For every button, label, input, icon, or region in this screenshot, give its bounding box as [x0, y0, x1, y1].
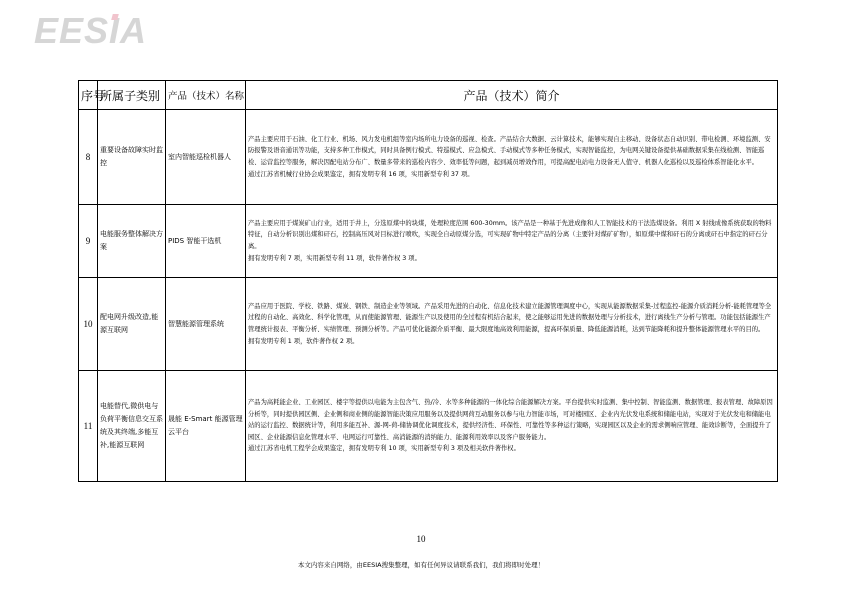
row-product-name: PIDS 智能干选机 [166, 205, 246, 278]
table-row: 8 重要设备故障实时监控 室内智能巡检机器人 产品主要应用于石油、化工行业、机场… [79, 110, 778, 205]
row-product-name: 室内智能巡检机器人 [166, 110, 246, 205]
header-product-intro: 产品（技术）简介 [246, 81, 778, 110]
header-product-name: 产品（技术）名称 [166, 81, 246, 110]
description-credentials: 通过江苏省机械行业协会成果鉴定，拥有发明专利 16 项，实用新型专利 37 项。 [248, 169, 775, 181]
header-serial: 序号 [79, 81, 98, 110]
row-serial: 11 [79, 371, 98, 482]
footer-disclaimer: 本文内容来自网络，由EESIA搜集整理，如有任何异议请联系我们，我们将即时处理！ [0, 560, 842, 569]
row-serial: 9 [79, 205, 98, 278]
description-paragraph: 产品主要应用于石油、化工行业、机场、风力发电机组等室内场所电力设备的巡视、检查。… [248, 134, 775, 169]
row-description: 产品主要应用于石油、化工行业、机场、风力发电机组等室内场所电力设备的巡视、检查。… [246, 110, 778, 205]
row-category: 重要设备故障实时监控 [98, 110, 166, 205]
row-serial: 8 [79, 110, 98, 205]
table-row: 10 配电网升级改造,能源互联网 智慧能源管理系统 产品应用于医院、学校、铁路、… [79, 278, 778, 371]
table-row: 9 电能服务整体解决方案 PIDS 智能干选机 产品主要应用于煤炭矿山行业，适用… [79, 205, 778, 278]
row-category: 电能替代,微供电与负荷平衡信息交互系统及其终端,多能互补,能源互联网 [98, 371, 166, 482]
description-credentials: 拥有发明专利 7 项，实用新型专利 11 项，软件著作权 3 项。 [248, 253, 775, 265]
row-category: 配电网升级改造,能源互联网 [98, 278, 166, 371]
table-row: 11 电能替代,微供电与负荷平衡信息交互系统及其终端,多能互补,能源互联网 晟能… [79, 371, 778, 482]
eesia-watermark-logo: EESIA [34, 10, 147, 52]
row-serial: 10 [79, 278, 98, 371]
page-number: 10 [0, 534, 842, 544]
description-paragraph: 产品应用于医院、学校、铁路、煤炭、钢铁、制造企业等领域。产品采用先进的自动化、信… [248, 301, 775, 336]
row-description: 产品应用于医院、学校、铁路、煤炭、钢铁、制造企业等领域。产品采用先进的自动化、信… [246, 278, 778, 371]
row-description: 产品为高耗能企业、工业园区、楼宇等提供以电能为主包含气、热/冷、水等多种能源的一… [246, 371, 778, 482]
row-description: 产品主要应用于煤炭矿山行业，适用于井上，分选原煤中的块煤，处理粒度范围 600-… [246, 205, 778, 278]
header-category: 所属子类别 [98, 81, 166, 110]
description-paragraph: 产品为高耗能企业、工业园区、楼宇等提供以电能为主包含气、热/冷、水等多种能源的一… [248, 397, 775, 443]
description-credentials: 拥有发明专利 1 项，软件著作权 2 项。 [248, 336, 775, 348]
description-credentials: 通过江苏省电机工程学会成果鉴定，拥有发明专利 10 项，实用新型专利 3 项及相… [248, 443, 775, 455]
row-product-name: 智慧能源管理系统 [166, 278, 246, 371]
product-table: 序号 所属子类别 产品（技术）名称 产品（技术）简介 8 重要设备故障实时监控 … [78, 80, 778, 482]
logo-text: EESIA [34, 10, 147, 51]
row-product-name: 晟能 E-Smart 能源管理云平台 [166, 371, 246, 482]
description-paragraph: 产品主要应用于煤炭矿山行业，适用于井上，分选原煤中的块煤，处理粒度范围 600-… [248, 218, 775, 253]
row-category: 电能服务整体解决方案 [98, 205, 166, 278]
table-header-row: 序号 所属子类别 产品（技术）名称 产品（技术）简介 [79, 81, 778, 110]
